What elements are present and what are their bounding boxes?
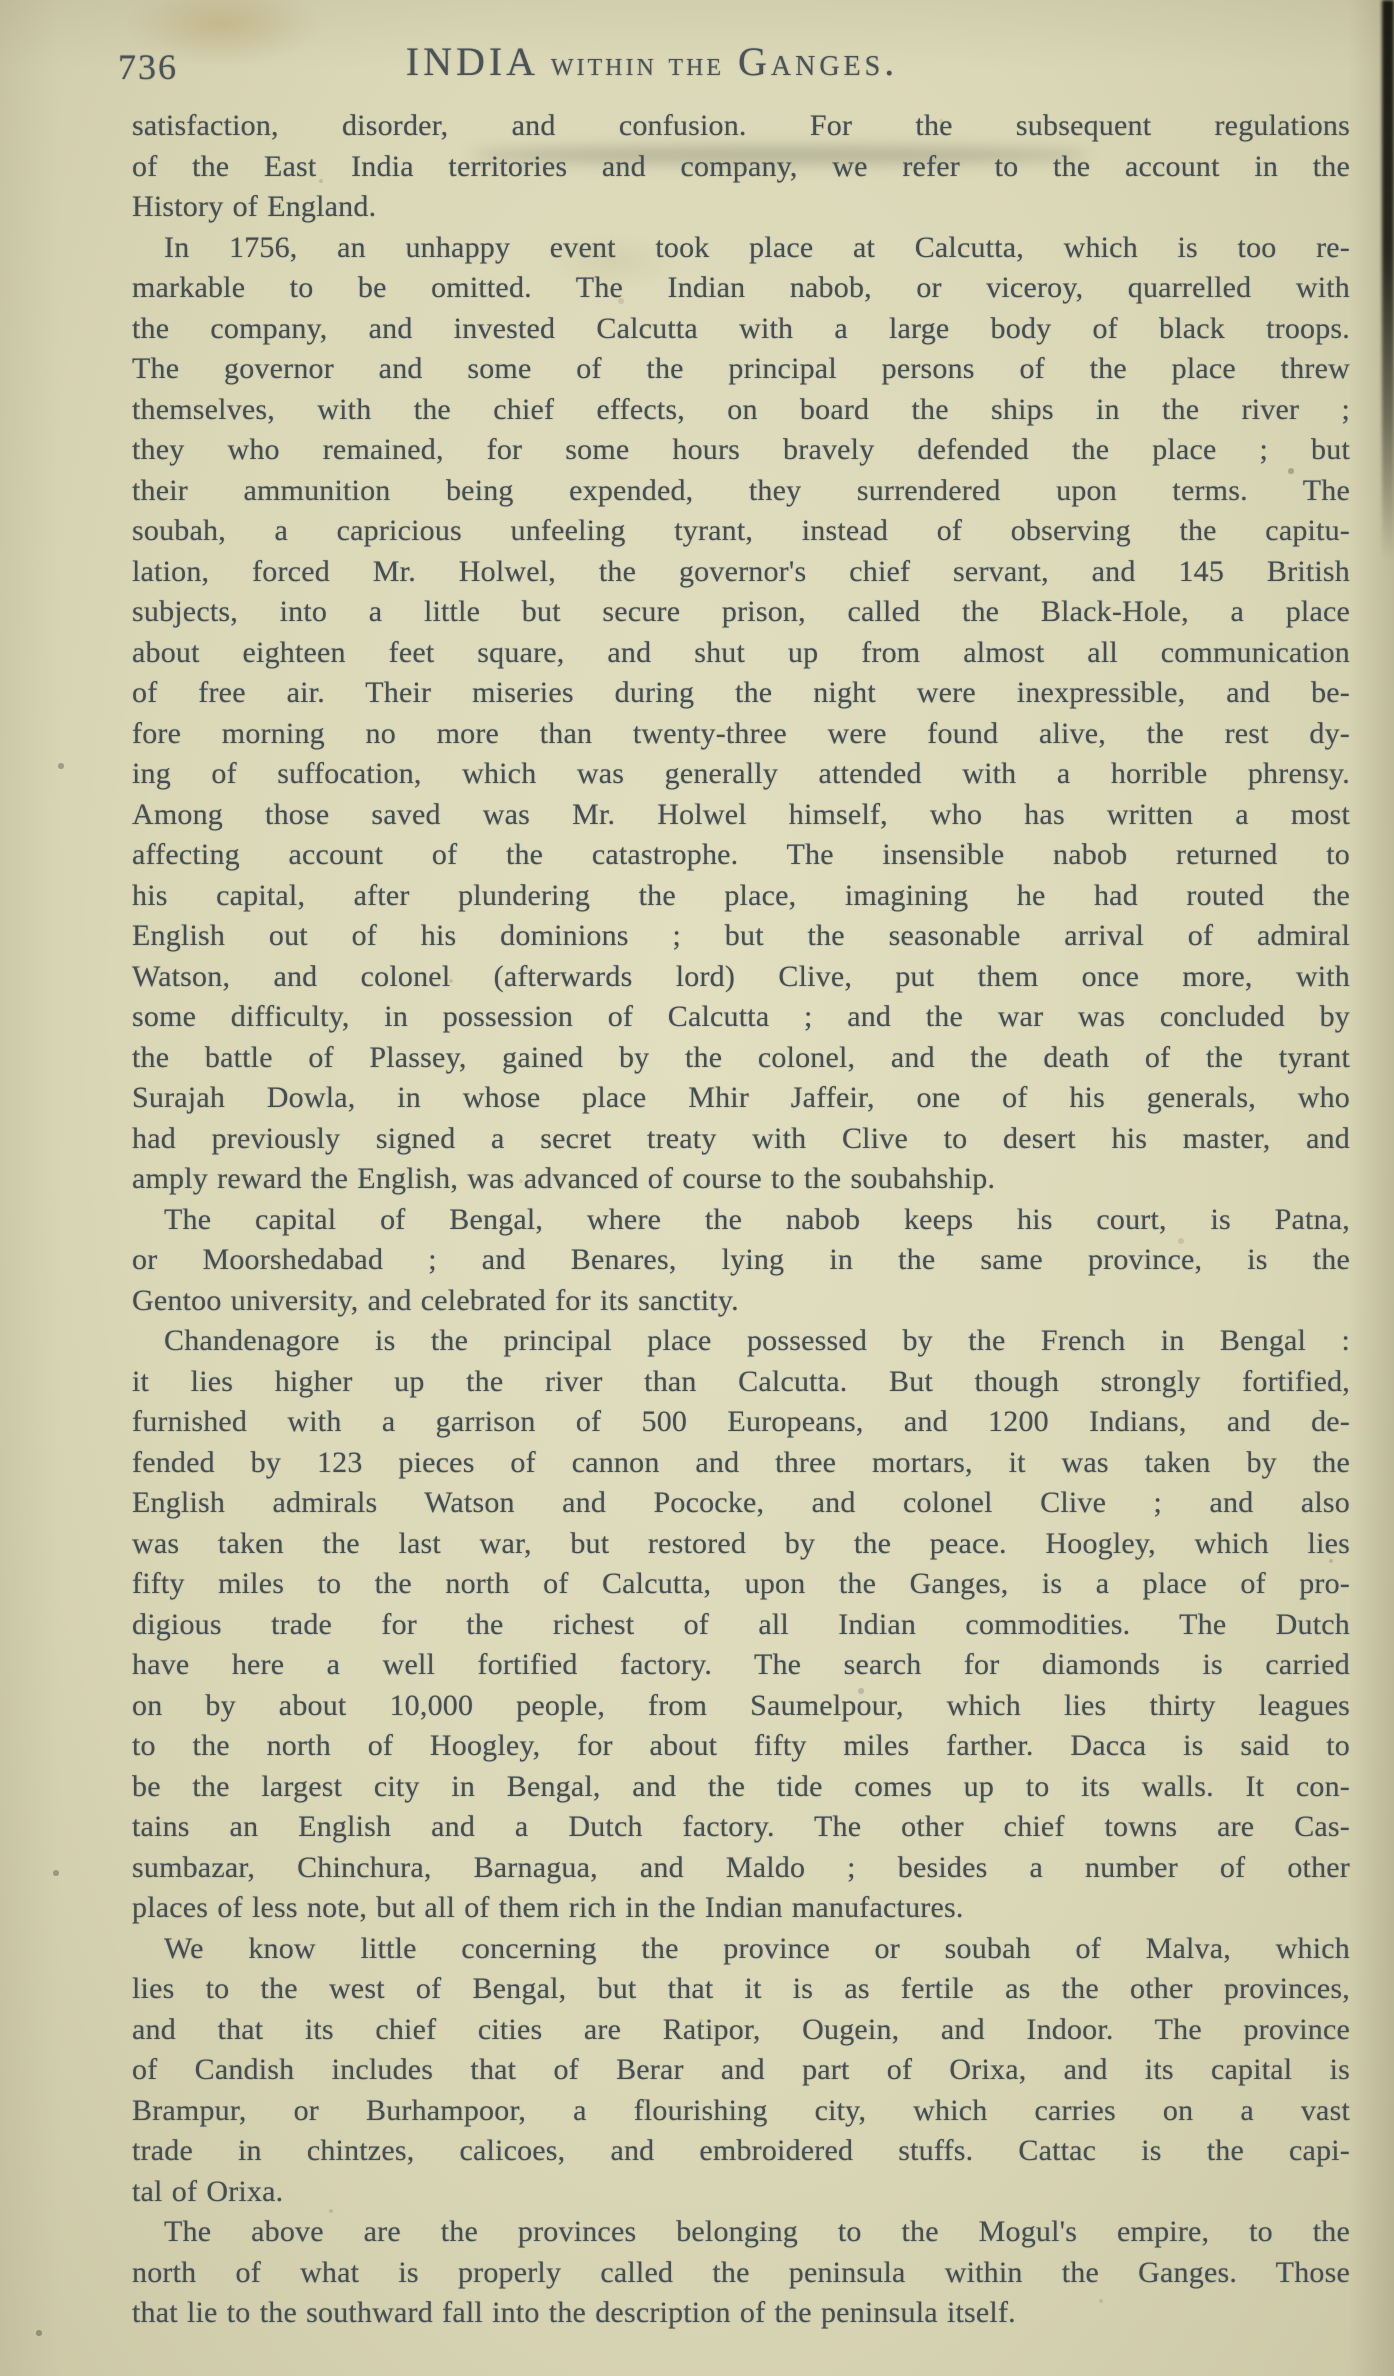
text-line: lies to the west of Bengal, but that it …	[132, 1969, 1350, 2010]
text-line: fifty miles to the north of Calcutta, up…	[132, 1564, 1350, 1605]
text-line: and that its chief cities are Ratipor, O…	[132, 2010, 1350, 2051]
text-line: some difficulty, in possession of Calcut…	[132, 997, 1350, 1038]
text-line: about eighteen feet square, and shut up …	[132, 633, 1350, 674]
scan-edge-shadow	[1382, 0, 1394, 560]
text-line: places of less note, but all of them ric…	[132, 1888, 1350, 1929]
text-line: affecting account of the catastrophe. Th…	[132, 835, 1350, 876]
text-line: Watson, and colonel (afterwards lord) Cl…	[132, 957, 1350, 998]
running-title-end: Ganges.	[738, 39, 898, 84]
paper-specks	[0, 0, 2, 2]
running-title-lead: INDIA	[406, 39, 537, 84]
text-line: their ammunition being expended, they su…	[132, 471, 1350, 512]
paragraph: satisfaction, disorder, and confusion. F…	[132, 106, 1350, 228]
text-line: lation, forced Mr. Holwel, the governor'…	[132, 552, 1350, 593]
text-line: of the East India territories and compan…	[132, 147, 1350, 188]
text-line: We know little concerning the province o…	[132, 1929, 1350, 1970]
text-line: Chandenagore is the principal place poss…	[132, 1321, 1350, 1362]
text-line: English admirals Watson and Pococke, and…	[132, 1483, 1350, 1524]
running-title-middle: within the	[551, 46, 724, 83]
text-line: satisfaction, disorder, and confusion. F…	[132, 106, 1350, 147]
text-line: digious trade for the richest of all Ind…	[132, 1605, 1350, 1646]
text-line: tains an English and a Dutch factory. Th…	[132, 1807, 1350, 1848]
text-line: sumbazar, Chinchura, Barnagua, and Maldo…	[132, 1848, 1350, 1889]
paragraph: In 1756, an unhappy event took place at …	[132, 228, 1350, 1200]
paragraph: The above are the provinces belonging to…	[132, 2212, 1350, 2334]
text-line: Surajah Dowla, in whose place Mhir Jaffe…	[132, 1078, 1350, 1119]
text-line: his capital, after plundering the place,…	[132, 876, 1350, 917]
text-line: that lie to the southward fall into the …	[132, 2293, 1350, 2334]
paragraph: We know little concerning the province o…	[132, 1929, 1350, 2213]
text-line: have here a well fortified factory. The …	[132, 1645, 1350, 1686]
text-line: to the north of Hoogley, for about fifty…	[132, 1726, 1350, 1767]
text-line: they who remained, for some hours bravel…	[132, 430, 1350, 471]
text-line: subjects, into a little but secure priso…	[132, 592, 1350, 633]
text-line: soubah, a capricious unfeeling tyrant, i…	[132, 511, 1350, 552]
page-number: 736	[118, 46, 178, 88]
text-line: on by about 10,000 people, from Saumelpo…	[132, 1686, 1350, 1727]
book-page: 736 INDIA within the Ganges. satisfactio…	[0, 0, 1394, 2376]
text-line: fore morning no more than twenty-three w…	[132, 714, 1350, 755]
text-line: In 1756, an unhappy event took place at …	[132, 228, 1350, 269]
text-line: of Candish includes that of Berar and pa…	[132, 2050, 1350, 2091]
text-line: The capital of Bengal, where the nabob k…	[132, 1200, 1350, 1241]
page-header: 736 INDIA within the Ganges.	[0, 38, 1394, 98]
text-line: markable to be omitted. The Indian nabob…	[132, 268, 1350, 309]
text-line: trade in chintzes, calicoes, and embroid…	[132, 2131, 1350, 2172]
text-line: the battle of Plassey, gained by the col…	[132, 1038, 1350, 1079]
text-line: had previously signed a secret treaty wi…	[132, 1119, 1350, 1160]
text-line: amply reward the English, was advanced o…	[132, 1159, 1350, 1200]
text-line: tal of Orixa.	[132, 2172, 1350, 2213]
text-line: History of England.	[132, 187, 1350, 228]
text-line: The above are the provinces belonging to…	[132, 2212, 1350, 2253]
running-title: INDIA within the Ganges.	[0, 38, 1394, 85]
text-line: north of what is properly called the pen…	[132, 2253, 1350, 2294]
text-line: ing of suffocation, which was generally …	[132, 754, 1350, 795]
body-text: satisfaction, disorder, and confusion. F…	[132, 106, 1350, 2334]
text-line: the company, and invested Calcutta with …	[132, 309, 1350, 350]
text-line: fended by 123 pieces of cannon and three…	[132, 1443, 1350, 1484]
text-line: Among those saved was Mr. Holwel himself…	[132, 795, 1350, 836]
text-line: furnished with a garrison of 500 Europea…	[132, 1402, 1350, 1443]
paragraph: The capital of Bengal, where the nabob k…	[132, 1200, 1350, 1322]
text-line: or Moorshedabad ; and Benares, lying in …	[132, 1240, 1350, 1281]
text-line: Brampur, or Burhampoor, a flourishing ci…	[132, 2091, 1350, 2132]
text-line: of free air. Their miseries during the n…	[132, 673, 1350, 714]
text-line: be the largest city in Bengal, and the t…	[132, 1767, 1350, 1808]
text-line: The governor and some of the principal p…	[132, 349, 1350, 390]
text-line: themselves, with the chief effects, on b…	[132, 390, 1350, 431]
text-line: English out of his dominions ; but the s…	[132, 916, 1350, 957]
text-line: it lies higher up the river than Calcutt…	[132, 1362, 1350, 1403]
text-line: Gentoo university, and celebrated for it…	[132, 1281, 1350, 1322]
paragraph: Chandenagore is the principal place poss…	[132, 1321, 1350, 1929]
text-line: was taken the last war, but restored by …	[132, 1524, 1350, 1565]
